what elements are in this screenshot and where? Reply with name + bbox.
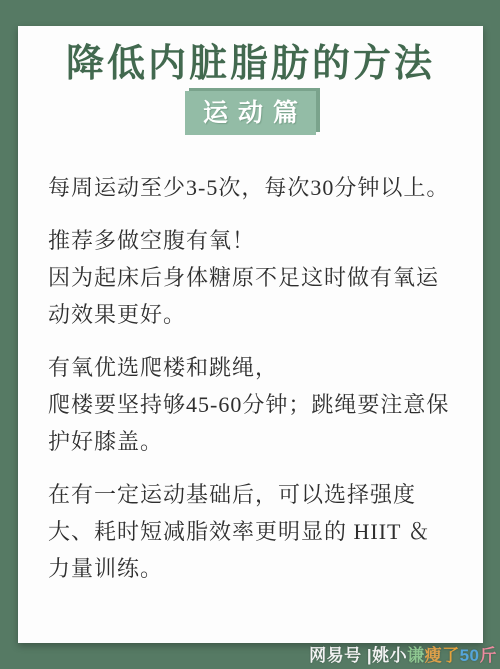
watermark: 网易号 |姚小谦瘦了50斤: [309, 645, 497, 666]
page-title: 降低内脏脂肪的方法: [18, 42, 483, 86]
paragraph-weekly-frequency: 每周运动至少3-5次，每次30分钟以上。: [48, 169, 451, 206]
watermark-colored-char: 50: [460, 646, 480, 665]
text-line: 每周运动至少3-5次，每次30分钟以上。: [48, 169, 451, 206]
text-line: 因为起床后身体糖原不足这时做有氧运动效果更好。: [48, 259, 451, 333]
paragraph-stairs-rope: 有氧优选爬楼和跳绳， 爬楼要坚持够45-60分钟；跳绳要注意保护好膝盖。: [48, 349, 451, 460]
section-badge-row: 运动篇: [18, 91, 483, 135]
content-card: 降低内脏脂肪的方法 运动篇 每周运动至少3-5次，每次30分钟以上。 推荐多做空…: [18, 26, 483, 643]
text-line: 有氧优选爬楼和跳绳，: [48, 349, 451, 386]
paragraph-hiit-strength: 在有一定运动基础后，可以选择强度大、耗时短减脂效率更明显的 HIIT ＆力量训练…: [48, 476, 451, 587]
watermark-colored-char: 斤: [480, 646, 498, 665]
body-text: 每周运动至少3-5次，每次30分钟以上。 推荐多做空腹有氧！ 因为起床后身体糖原…: [18, 169, 483, 587]
text-line: 爬楼要坚持够45-60分钟；跳绳要注意保护好膝盖。: [48, 386, 451, 460]
text-line: 推荐多做空腹有氧！: [48, 222, 451, 259]
watermark-prefix: 网易号 |姚小: [309, 646, 407, 665]
paragraph-fasted-cardio: 推荐多做空腹有氧！ 因为起床后身体糖原不足这时做有氧运动效果更好。: [48, 222, 451, 333]
text-line: 在有一定运动基础后，可以选择强度大、耗时短减脂效率更明显的 HIIT ＆力量训练…: [48, 476, 451, 587]
section-badge: 运动篇: [185, 91, 316, 135]
watermark-colored-char: 了: [442, 646, 460, 665]
watermark-colored-char: 瘦: [425, 646, 443, 665]
watermark-colored-char: 谦: [407, 646, 425, 665]
